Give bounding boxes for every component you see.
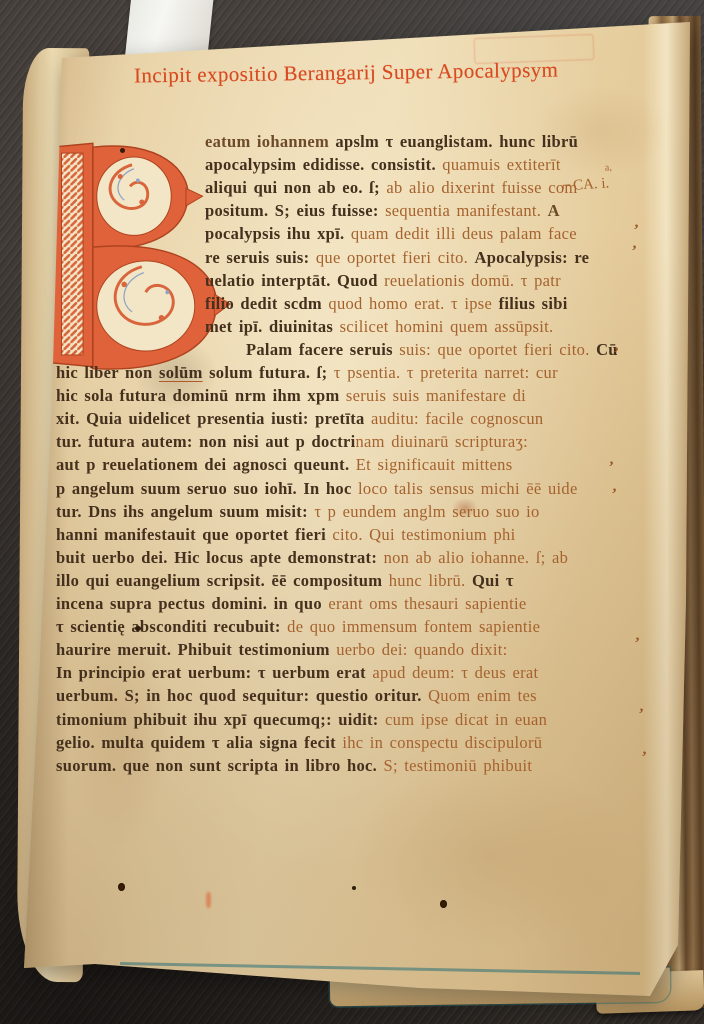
text-block: eatum iohannem apslm τ euanglistam. hunc… [22,20,690,1005]
margin-quote-mark: ’ [632,222,640,241]
text-line: buit uerbo dei. Hic locus apte demonstra… [56,548,568,568]
text-line: hic liber non solūm solum futura. ſ; τ p… [56,363,558,383]
text-line: pocalypsis ihu xpī. quam dedit illi deus… [205,224,577,244]
photo-backdrop: Incipit expositio Berangarij Super Apoca… [0,0,704,1024]
text-line: eatum iohannem apslm τ euanglistam. hunc… [205,132,578,152]
text-line: timonium phibuit ihu xpī quecumq;: uidit… [56,710,547,730]
margin-quote-mark: ’ [610,486,618,505]
text-line: In principio erat uerbum: τ uerbum erat … [56,663,538,683]
text-line: tur. futura autem: non nisi aut p doctri… [56,432,528,452]
text-line: suorum. que non sunt scripta in libro ho… [56,756,532,776]
manuscript-page: Incipit expositio Berangarij Super Apoca… [22,20,690,1005]
text-line: illo qui euangelium scripsit. ēē composi… [56,571,514,591]
text-line: xit. Quia uidelicet presentia iusti: pre… [56,409,543,429]
margin-quote-mark: ’ [637,706,645,725]
ink-speck [352,886,356,890]
text-line: incena supra pectus domini. in quo erant… [56,594,527,614]
text-line: p angelum suum seruo suo iohī. In hoc lo… [56,479,578,499]
red-smudge [206,892,211,908]
wormhole [118,883,125,891]
text-line: hanni manifestauit que oportet fieri cit… [56,525,515,545]
text-line: met ipī. diuinitas scilicet homini quem … [205,317,553,337]
text-line: hic sola futura dominū nrm ihm xpm serui… [56,386,526,406]
ink-speck [120,148,125,153]
text-line: apocalypsim edidisse. consistit. quamuis… [205,155,561,175]
text-line: filio dedit scdm quod homo erat. τ ipse … [205,294,568,314]
wormhole [440,900,447,908]
text-line: uerbum. S; in hoc quod sequitur: questio… [56,686,537,706]
text-line: Palam facere seruis suis: que oportet fi… [246,340,618,360]
text-line: aut p reuelationem dei agnosci queunt. E… [56,455,512,475]
text-line: τ scientię absconditi recubuit: de quo i… [56,617,540,637]
margin-quote-mark: ’ [633,635,641,654]
margin-quote-mark: ’ [630,243,638,262]
text-line: uelatio interptāt. Quod reuelationis dom… [205,271,561,291]
text-line: re seruis suis: que oportet fieri cito. … [205,248,589,268]
text-line: aliqui qui non ab eo. ſ; ab alio dixerin… [205,178,578,198]
margin-quote-mark: ’ [612,345,620,364]
margin-quote-mark: ’ [607,459,615,478]
margin-quote-mark: ’ [640,749,648,768]
text-line: positum. S; eius fuisse: sequentia manif… [205,201,560,221]
text-line: haurire meruit. Phibuit testimonium uerb… [56,640,508,660]
text-line: gelio. multa quidem τ alia signa fecit i… [56,733,542,753]
text-line: tur. Dns ihs angelum suum misit: τ p eun… [56,502,540,522]
ink-speck [135,626,141,631]
